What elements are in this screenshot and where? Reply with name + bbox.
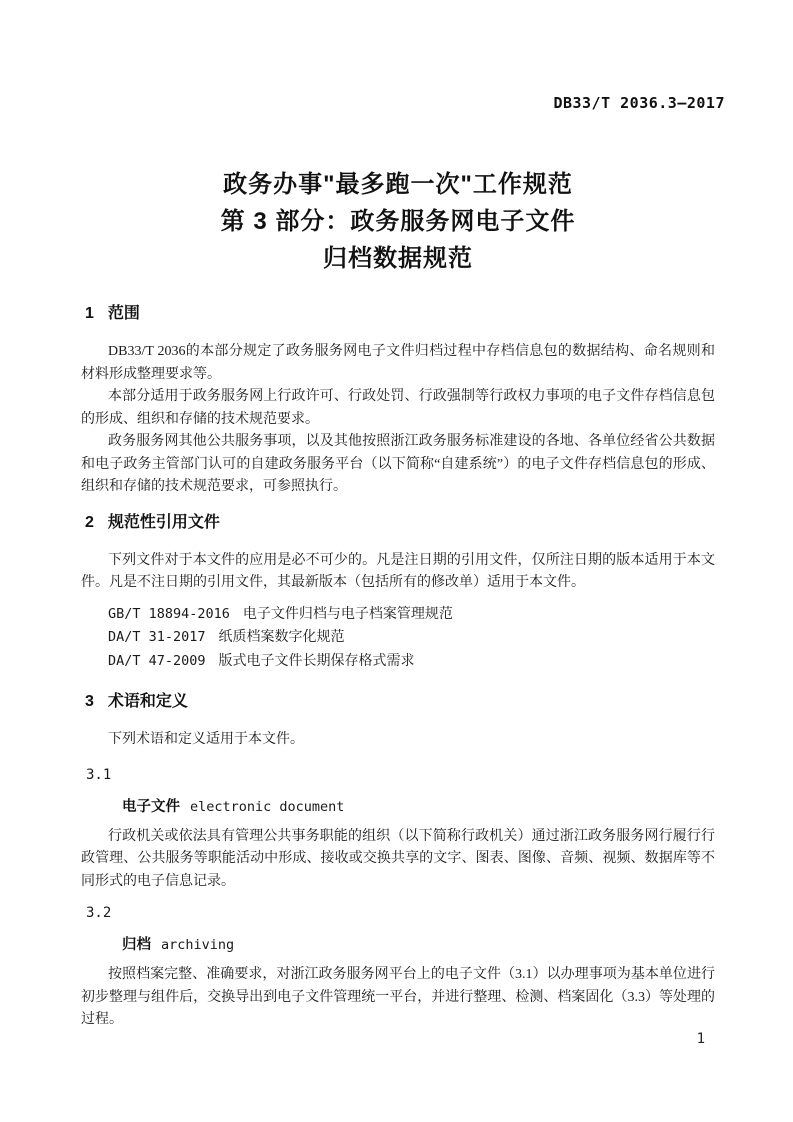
section-3-intro: 下列术语和定义适用于本文件。 [81,729,715,752]
document-title: 政务办事"最多跑一次"工作规范 第 3 部分：政务服务网电子文件 归档数据规范 [81,166,715,277]
section-2-label: 规范性引用文件 [108,514,220,531]
reference-title: 电子文件归档与电子档案管理规范 [243,607,453,622]
term-definition: 行政机关或依法具有管理公共事务职能的组织（以下简称行政机关）通过浙江政务服务网行… [81,826,715,894]
term-number: 3.1 [86,764,715,786]
references-list: GB/T 18894-2016电子文件归档与电子档案管理规范 DA/T 31-2… [81,603,715,674]
term-number: 3.2 [86,902,715,924]
section-1-paragraph-2: 本部分适用于政务服务网上行政许可、行政处罚、行政强制等行政权力事项的电子文件存档… [81,386,715,431]
reference-code: GB/T 18894-2016 [108,606,230,622]
term-block: 3.2 归档archiving 按照档案完整、准确要求，对浙江政务服务网平台上的… [81,902,715,1032]
reference-title: 版式电子文件长期保存格式需求 [219,654,415,669]
section-2-number: 2 [85,512,94,534]
term-name: 电子文件electronic document [81,796,715,818]
section-1-paragraph-3: 政务服务网其他公共服务事项，以及其他按照浙江政务服务标准建设的各地、各单位经省公… [81,431,715,499]
section-1-heading: 1范围 [85,303,715,325]
reference-item: GB/T 18894-2016电子文件归档与电子档案管理规范 [81,603,715,627]
doc-code: DB33/T 2036.3—2017 [553,94,725,112]
section-3-heading: 3术语和定义 [85,691,715,713]
reference-code: DA/T 47-2009 [108,653,206,669]
document-page: DB33/T 2036.3—2017 政务办事"最多跑一次"工作规范 第 3 部… [0,0,793,1122]
term-block: 3.1 电子文件electronic document 行政机关或依法具有管理公… [81,764,715,894]
section-3-label: 术语和定义 [108,693,188,710]
reference-item: DA/T 47-2009版式电子文件长期保存格式需求 [81,650,715,674]
term-definition: 按照档案完整、准确要求，对浙江政务服务网平台上的电子文件（3.1）以办理事项为基… [81,964,715,1032]
term-zh: 归档 [122,937,151,953]
section-2-intro: 下列文件对于本文件的应用是必不可少的。凡是注日期的引用文件，仅所注日期的版本适用… [81,550,715,595]
reference-title: 纸质档案数字化规范 [219,630,345,645]
term-name: 归档archiving [81,934,715,956]
section-2-heading: 2规范性引用文件 [85,512,715,534]
document-content: 政务办事"最多跑一次"工作规范 第 3 部分：政务服务网电子文件 归档数据规范 … [81,166,715,1032]
section-1-label: 范围 [108,305,140,322]
reference-code: DA/T 31-2017 [108,629,206,645]
section-1-paragraph-1: DB33/T 2036的本部分规定了政务服务网电子文件归档过程中存档信息包的数据… [81,341,715,386]
term-en: archiving [161,937,234,953]
title-line-1: 政务办事"最多跑一次"工作规范 [81,166,715,203]
title-line-2: 第 3 部分：政务服务网电子文件 [81,203,715,240]
term-en: electronic document [190,799,344,815]
section-3-number: 3 [85,691,94,713]
term-zh: 电子文件 [122,799,180,815]
section-1-number: 1 [85,303,94,325]
reference-item: DA/T 31-2017纸质档案数字化规范 [81,626,715,650]
title-line-3: 归档数据规范 [81,240,715,277]
page-number: 1 [697,1031,705,1047]
